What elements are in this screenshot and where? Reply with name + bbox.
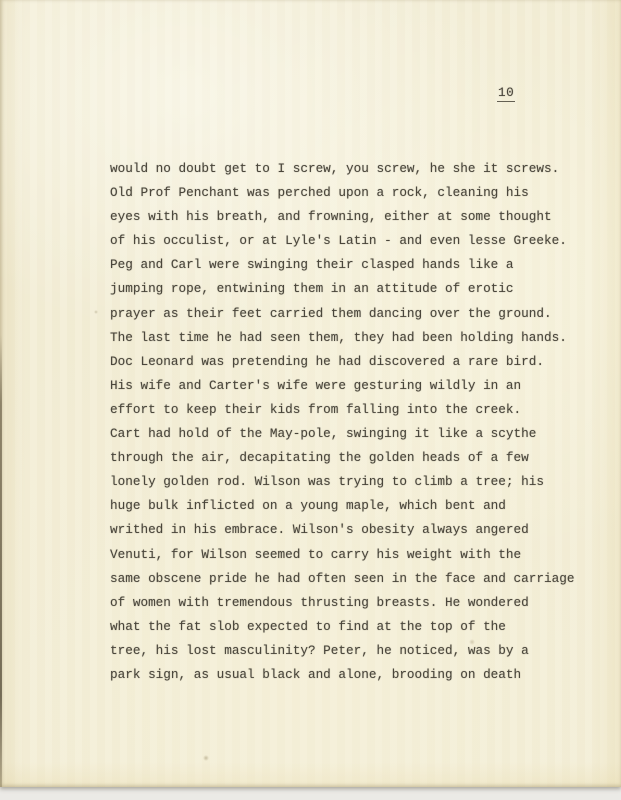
- typed-line: effort to keep their kids from falling i…: [110, 398, 574, 422]
- typed-line: The last time he had seen them, they had…: [110, 326, 574, 350]
- typed-line: writhed in his embrace. Wilson's obesity…: [110, 518, 574, 542]
- typed-text-block: would no doubt get to I screw, you screw…: [110, 157, 574, 687]
- typed-line: of women with tremendous thrusting breas…: [110, 591, 574, 615]
- typed-line: would no doubt get to I screw, you screw…: [110, 157, 574, 181]
- page-edge-shadow: [0, 335, 2, 787]
- typed-line: what the fat slob expected to find at th…: [110, 615, 574, 639]
- typed-line: jumping rope, entwining them in an attit…: [110, 277, 574, 301]
- typed-line: Doc Leonard was pretending he had discov…: [110, 350, 574, 374]
- typed-line: prayer as their feet carried them dancin…: [110, 302, 574, 326]
- typed-line: His wife and Carter's wife were gesturin…: [110, 374, 574, 398]
- typed-line: same obscene pride he had often seen in …: [110, 567, 574, 591]
- typed-line: huge bulk inflicted on a young maple, wh…: [110, 494, 574, 518]
- typed-line: of his occulist, or at Lyle's Latin - an…: [110, 229, 574, 253]
- typed-line: eyes with his breath, and frowning, eith…: [110, 205, 574, 229]
- typed-line: Old Prof Penchant was perched upon a roc…: [110, 181, 574, 205]
- typed-line: Peg and Carl were swinging their clasped…: [110, 253, 574, 277]
- page-number: 10: [497, 85, 515, 102]
- typed-line: tree, his lost masculinity? Peter, he no…: [110, 639, 574, 663]
- typed-line: through the air, decapitating the golden…: [110, 446, 574, 470]
- typed-line: lonely golden rod. Wilson was trying to …: [110, 470, 574, 494]
- paper-page: 10 would no doubt get to I screw, you sc…: [0, 0, 621, 787]
- typed-line: Cart had hold of the May-pole, swinging …: [110, 422, 574, 446]
- typed-line: park sign, as usual black and alone, bro…: [110, 663, 574, 687]
- typed-line: Venuti, for Wilson seemed to carry his w…: [110, 543, 574, 567]
